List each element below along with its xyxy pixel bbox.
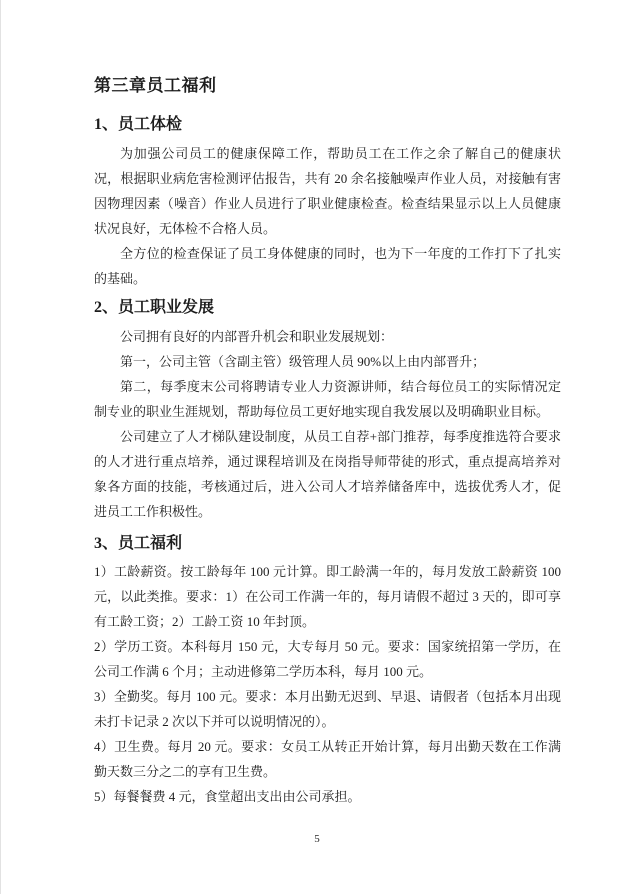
page-number: 5 (1, 833, 633, 846)
paragraph: 公司拥有良好的内部晋升机会和职业发展规划： (94, 324, 561, 349)
section-career-development: 2、员工职业发展 公司拥有良好的内部晋升机会和职业发展规划： 第一，公司主管（含… (94, 299, 561, 524)
section-heading: 2、员工职业发展 (94, 299, 561, 317)
list-item: 5）每餐餐费 4 元，食堂超出支出由公司承担。 (94, 784, 561, 809)
list-item: 1）工龄薪资。按工龄每年 100 元计算。即工龄满一年的，每月发放工龄薪资 10… (94, 559, 561, 634)
list-item: 4）卫生费。每月 20 元。要求：女员工从转正开始计算，每月出勤天数在工作满勤天… (94, 734, 561, 784)
list-item: 3）全勤奖。每月 100 元。要求：本月出勤无迟到、早退、请假者（包括本月出现未… (94, 684, 561, 734)
section-employee-checkup: 1、员工体检 为加强公司员工的健康保障工作，帮助员工在工作之余了解自己的健康状况… (94, 116, 561, 291)
section-body: 公司拥有良好的内部晋升机会和职业发展规划： 第一，公司主管（含副主管）级管理人员… (94, 324, 561, 524)
section-heading: 1、员工体检 (94, 116, 561, 134)
section-body: 为加强公司员工的健康保障工作，帮助员工在工作之余了解自己的健康状况，根据职业病危… (94, 141, 561, 291)
page-content: 第三章员工福利 1、员工体检 为加强公司员工的健康保障工作，帮助员工在工作之余了… (1, 0, 633, 809)
paragraph: 为加强公司员工的健康保障工作，帮助员工在工作之余了解自己的健康状况，根据职业病危… (94, 141, 561, 241)
paragraph: 第一，公司主管（含副主管）级管理人员 90%以上由内部晋升； (94, 349, 561, 374)
paragraph: 全方位的检查保证了员工身体健康的同时，也为下一年度的工作打下了扎实的基础。 (94, 241, 561, 291)
paragraph: 第二，每季度末公司将聘请专业人力资源讲师，结合每位员工的实际情况定制专业的职业生… (94, 374, 561, 424)
document-page: 第三章员工福利 1、员工体检 为加强公司员工的健康保障工作，帮助员工在工作之余了… (0, 0, 633, 894)
list-item: 2）学历工资。本科每月 150 元，大专每月 50 元。要求：国家统招第一学历，… (94, 634, 561, 684)
section-employee-benefits: 3、员工福利 1）工龄薪资。按工龄每年 100 元计算。即工龄满一年的，每月发放… (94, 535, 561, 809)
section-body: 1）工龄薪资。按工龄每年 100 元计算。即工龄满一年的，每月发放工龄薪资 10… (94, 559, 561, 809)
section-heading: 3、员工福利 (94, 535, 561, 553)
paragraph: 公司建立了人才梯队建设制度，从员工自荐+部门推荐，每季度推选符合要求的人才进行重… (94, 424, 561, 524)
chapter-title: 第三章员工福利 (94, 76, 561, 96)
